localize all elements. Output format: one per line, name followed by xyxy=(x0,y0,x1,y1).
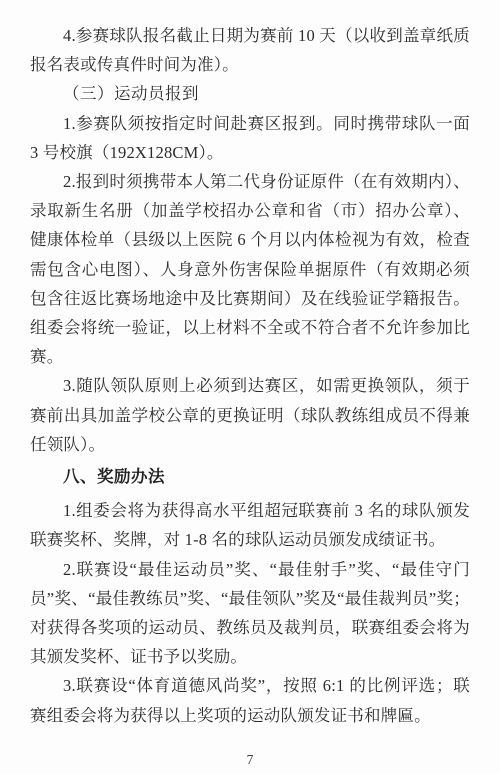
subsection-heading-athlete-checkin: （三）运动员报到 xyxy=(30,79,470,108)
page-number: 7 xyxy=(0,752,500,768)
paragraph-sportsmanship-award: 3.联赛设“体育道德风尚奖”，按照 6:1 的比例评选；联赛组委会将为获得以上奖… xyxy=(30,671,470,729)
paragraph-registration-deadline: 4.参赛球队报名截止日期为赛前 10 天（以收到盖章纸质报名表或传真件时间为准）… xyxy=(30,21,470,79)
paragraph-award-trophies: 1.组委会将为获得高水平组超冠联赛前 3 名的球队颁发联赛奖杯、奖牌，对 1-8… xyxy=(30,496,470,554)
paragraph-required-documents: 2.报到时须携带本人第二代身份证原件（在有效期内）、录取新生名册（加盖学校招办公… xyxy=(30,167,470,371)
document-page: 4.参赛球队报名截止日期为赛前 10 天（以收到盖章纸质报名表或传真件时间为准）… xyxy=(0,0,500,774)
paragraph-individual-awards: 2.联赛设“最佳运动员”奖、“最佳射手”奖、“最佳守门员”奖、“最佳教练员”奖、… xyxy=(30,555,470,672)
paragraph-checkin-time-flag: 1.参赛队须按指定时间赴赛区报到。同时携带球队一面 3 号校旗（192X128C… xyxy=(30,109,470,167)
paragraph-team-leader-rule: 3.随队领队原则上必须到达赛区，如需更换领队，须于赛前出具加盖学校公章的更换证明… xyxy=(30,371,470,459)
section-heading-award-methods: 八、奖励办法 xyxy=(30,463,470,492)
